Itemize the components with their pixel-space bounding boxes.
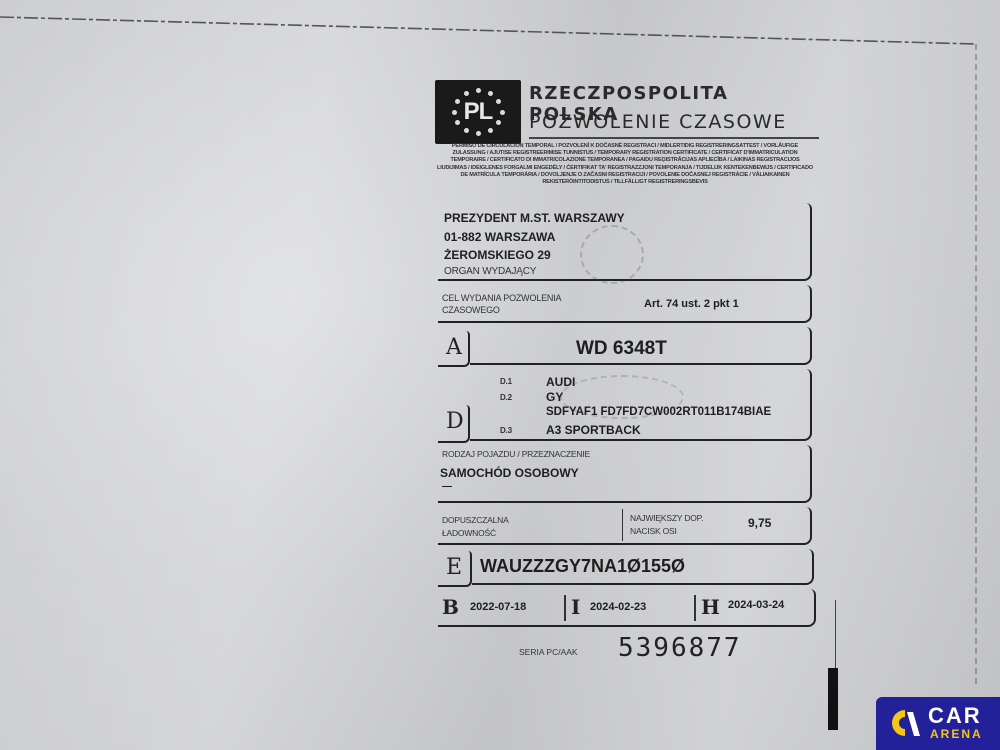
document-header: PL RZECZPOSPOLITA POLSKA POZWOLENIE CZAS…: [435, 80, 820, 145]
payload-label: DOPUSZCZALNA ŁADOWNOŚĆ: [442, 514, 532, 540]
load-box: DOPUSZCZALNA ŁADOWNOŚĆ NAJWIĘKSZY DOP. N…: [438, 507, 812, 545]
vin-number: WAUZZZGY7NA1Ø155Ø: [480, 556, 685, 577]
dates-divider-2: [694, 595, 696, 621]
vehicle-kind-value: SAMOCHÓD OSOBOWY: [440, 466, 579, 480]
margin-bar: [828, 668, 838, 730]
eu-flag-icon: PL: [435, 80, 521, 144]
eu-star-icon: [455, 99, 460, 104]
eu-star-icon: [488, 128, 493, 133]
stamp-mark: [580, 225, 644, 284]
eu-star-icon: [500, 110, 505, 115]
multilingual-caption: Permiso de circulación temporal / Pozvol…: [435, 143, 815, 186]
authority-line-1: PREZYDENT M.ST. WARSZAWY: [444, 211, 625, 225]
issue-date: 2024-02-23: [590, 601, 646, 613]
authority-label: ORGAN WYDAJĄCY: [444, 266, 536, 277]
eu-star-icon: [476, 131, 481, 136]
title-divider: [529, 137, 819, 139]
field-a-letter: A: [446, 335, 462, 360]
cut-line-top: [0, 15, 980, 45]
vehicle-kind-box: RODZAJ POJAZDU / PRZEZNACZENIE SAMOCHÓD …: [438, 445, 812, 503]
d3-label: D.3: [500, 426, 512, 435]
purpose-label: CEL WYDANIA POZWOLENIA CZASOWEGO: [442, 292, 612, 316]
temporary-registration-permit: PL RZECZPOSPOLITA POLSKA POZWOLENIE CZAS…: [430, 75, 825, 685]
load-divider: [622, 509, 623, 541]
authority-line-2: 01-882 WARSZAWA: [444, 230, 555, 244]
eu-star-icon: [452, 110, 457, 115]
axle-load-label: NAJWIĘKSZY DOP. NACISK OSI: [630, 512, 730, 538]
registration-number: WD 6348T: [576, 338, 667, 360]
vehicle-kind-label: RODZAJ POJAZDU / PRZEZNACZENIE: [442, 449, 590, 459]
stamp-mark: [560, 375, 684, 419]
date-b-letter: B: [442, 595, 459, 619]
purpose-value: Art. 74 ust. 2 pkt 1: [644, 298, 739, 310]
country-code: PL: [435, 98, 521, 126]
brand-line-2: ARENA: [930, 727, 983, 741]
date-i-letter: I: [571, 595, 580, 619]
brand-line-1: CAR: [928, 703, 982, 729]
vehicle-purpose-value: —: [442, 481, 452, 492]
d1-label: D.1: [500, 377, 512, 386]
car-arena-watermark: CAR ARENA: [876, 697, 1000, 750]
vehicle-model: A3 SPORTBACK: [546, 423, 641, 437]
car-arena-logo-icon: [890, 708, 920, 738]
eu-star-icon: [476, 88, 481, 93]
eu-star-icon: [464, 91, 469, 96]
first-registration-date: 2022-07-18: [470, 601, 526, 613]
validity-date: 2024-03-24: [728, 599, 784, 611]
eu-star-icon: [496, 99, 501, 104]
margin-line: [835, 600, 836, 670]
axle-load-value: 9,75: [748, 516, 771, 530]
d2-label: D.2: [500, 393, 512, 402]
serial-number: 5396877: [618, 633, 742, 663]
purpose-box: CEL WYDANIA POZWOLENIA CZASOWEGO Art. 74…: [438, 285, 812, 323]
dates-box: B 2022-07-18 I 2024-02-23 H 2024-03-24: [438, 589, 816, 627]
cut-line-right: [975, 44, 979, 684]
serial-label: SERIA PC/AAK: [519, 647, 578, 657]
authority-line-3: ŻEROMSKIEGO 29: [444, 248, 551, 262]
document-title: POZWOLENIE CZASOWE: [529, 111, 787, 133]
field-d-letter: D: [446, 409, 464, 434]
eu-star-icon: [464, 128, 469, 133]
date-h-letter: H: [701, 595, 720, 619]
field-e-letter: E: [446, 555, 462, 580]
eu-star-icon: [488, 91, 493, 96]
dates-divider-1: [564, 595, 566, 621]
